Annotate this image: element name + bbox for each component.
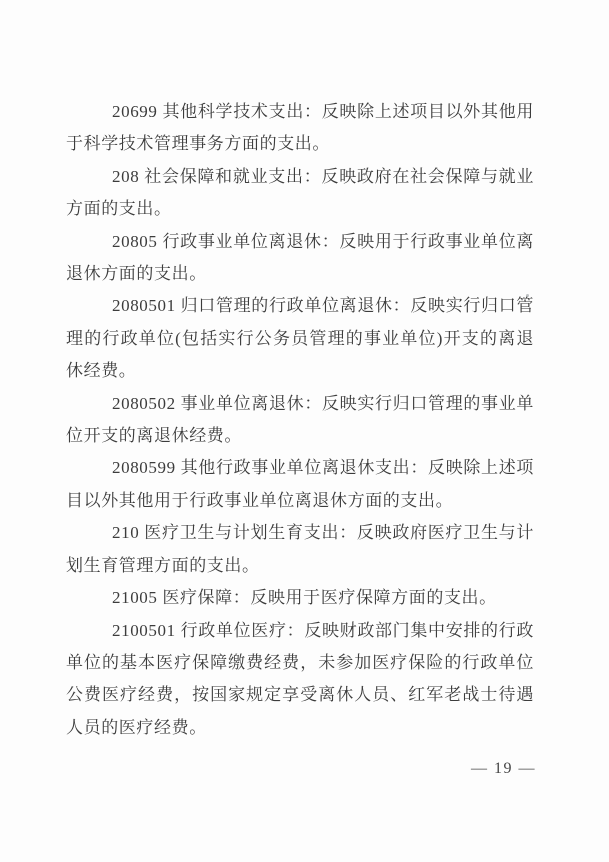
paragraph-20805-admin-institution-retirement: 20805 行政事业单位离退休：反映用于行政事业单位离退休方面的支出。 [66, 226, 534, 291]
paragraph-20699-other-science-tech-expenditure: 20699 其他科学技术支出：反映除上述项目以外其他用于科学技术管理事务方面的支… [66, 96, 534, 161]
paragraph-2080502-institution-retirement: 2080502 事业单位离退休：反映实行归口管理的事业单位开支的离退休经费。 [66, 388, 534, 453]
paragraph-210-health-family-planning: 210 医疗卫生与计划生育支出：反映政府医疗卫生与计划生育管理方面的支出。 [66, 517, 534, 582]
page-content: 20699 其他科学技术支出：反映除上述项目以外其他用于科学技术管理事务方面的支… [66, 96, 534, 744]
page-number: — 19 — [471, 760, 536, 777]
scan-artifact-speck [526, 294, 529, 297]
document-page: 20699 其他科学技术支出：反映除上述项目以外其他用于科学技术管理事务方面的支… [0, 0, 609, 862]
page-footer: — 19 — [471, 760, 536, 778]
paragraph-2080599-other-retirement-expenditure: 2080599 其他行政事业单位离退休支出：反映除上述项目以外其他用于行政事业单… [66, 452, 534, 517]
paragraph-21005-medical-security: 21005 医疗保障：反映用于医疗保障方面的支出。 [66, 582, 534, 614]
paragraph-2100501-admin-unit-medical: 2100501 行政单位医疗：反映财政部门集中安排的行政单位的基本医疗保障缴费经… [66, 615, 534, 745]
paragraph-2080501-centralized-admin-unit-retirement: 2080501 归口管理的行政单位离退休：反映实行归口管理的行政单位(包括实行公… [66, 290, 534, 387]
paragraph-208-social-security-employment: 208 社会保障和就业支出：反映政府在社会保障与就业方面的支出。 [66, 161, 534, 226]
